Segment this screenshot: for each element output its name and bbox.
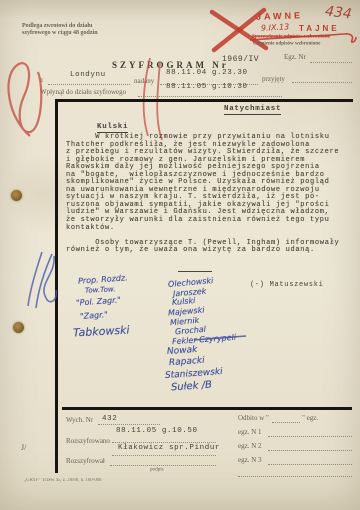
- hand-note-pol-zagr: "Pol. Zagr.": [76, 295, 121, 307]
- wych-nr-label: Wych. Nr: [66, 416, 93, 424]
- egz1-label: egz. N 1: [238, 428, 262, 436]
- wych-nr-value: 432: [102, 415, 117, 423]
- hand-note-tow-tow: Tow.Tow.: [85, 285, 116, 295]
- hand-note-tabkowski: Tabkowski: [73, 324, 130, 340]
- egz-nr-label: Egz. Nr: [284, 53, 306, 61]
- j-mark: J/: [21, 443, 26, 452]
- hand-name: Majewski: [168, 305, 205, 317]
- odbito-suffix: " egz.: [302, 414, 318, 422]
- priority-marking: Natychmiast: [224, 105, 281, 115]
- decoder-line: [110, 464, 216, 466]
- decoded-line: [112, 441, 216, 443]
- odbito-line: [272, 421, 300, 423]
- egz3-label: egz. N 3: [238, 456, 262, 464]
- decoded-by: Kłakowicz spr.Pindur: [118, 444, 220, 452]
- egz3-line: [268, 463, 352, 465]
- hand-note-prop-rozdz: Prop. Rozdz.: [78, 273, 128, 285]
- footer-divider-rule: [62, 407, 352, 410]
- szyfrogram-document: Podlega zwrotowi do działu szyfrowego w …: [0, 0, 360, 510]
- punch-hole-top: [11, 190, 22, 201]
- telegram-number: 1969/IV: [222, 55, 259, 64]
- podpis-caption: podpis: [150, 467, 164, 472]
- decoded-label: Rozszyfrowano: [66, 437, 110, 445]
- sender-signature: (-) Matuszewski: [250, 281, 324, 289]
- hand-note-zagr: "Zagr.": [80, 310, 108, 321]
- page-number-annotation: 434: [324, 3, 352, 22]
- jawne-stamp: JAWNE: [256, 10, 303, 22]
- hand-name: Nowak: [167, 345, 198, 357]
- red-ink-strike-scribble: [248, 28, 358, 52]
- decoded-by-line: [112, 454, 216, 456]
- decoded-datetime: 88.11.05 g.10.50: [116, 427, 198, 435]
- extra-line: [238, 475, 352, 477]
- received-label: przyjęty: [262, 75, 285, 83]
- egz-nr-line: [310, 61, 352, 63]
- hand-name: Staniszewski: [165, 367, 223, 381]
- end-divider: [178, 271, 212, 272]
- telegram-body: W krótkiej rozmowie przy przywitaniu na …: [66, 134, 356, 255]
- printer-imprint: „GRYF” Tczew 45, z. 28/88, n. 100-000: [24, 478, 101, 483]
- wych-nr-line: [98, 423, 160, 425]
- header-divider-rule: [55, 99, 353, 102]
- return-note: Podlega zwrotowi do działu szyfrowego w …: [22, 23, 142, 37]
- egz1-line: [268, 435, 352, 437]
- hand-name: Rapacki: [169, 356, 205, 368]
- decoder-label: Rozszyfrował: [66, 457, 105, 465]
- egz2-label: egz. N 2: [238, 442, 262, 450]
- addressee: Kulski: [97, 123, 128, 133]
- blue-margin-initials-scribble: [8, 248, 68, 318]
- blue-strike-line: [170, 333, 250, 345]
- egz2-line: [268, 449, 352, 451]
- received-line: [292, 81, 352, 83]
- punch-hole-bottom: [13, 322, 24, 333]
- odbito-label: Odbito w ": [238, 414, 269, 422]
- hand-name: Sułek /B: [171, 380, 213, 394]
- hand-name: Kulski: [172, 296, 196, 307]
